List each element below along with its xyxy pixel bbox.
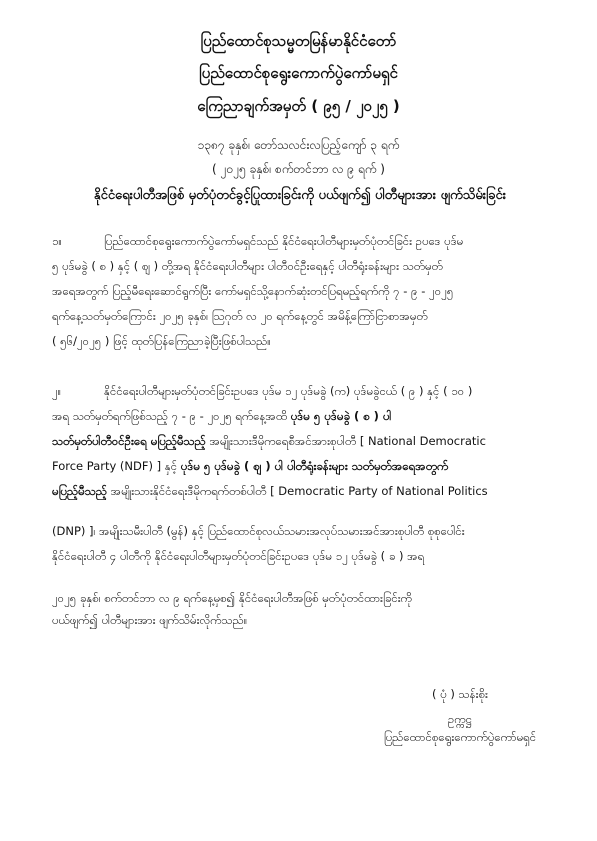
text-bold: ပုဒ်မ ၅ ပုဒ်မခွဲ ( စ ) ပါ [291, 409, 392, 423]
paragraph-line: (DNP) ]၊ အမျိုးသမီးပါတီ (မွန်) နှင့် ပြည… [52, 522, 562, 540]
paragraph-line: ပြည်ထောင်စုရွေးကောက်ပွဲကော်မရှင်သည် နိုင… [104, 232, 564, 250]
signer-organization: ပြည်ထောင်စုရွေးကောက်ပွဲကော်မရှင် [340, 728, 580, 746]
paragraph-line: Force Party (NDF) ] နှင့် ပုဒ်မ ၅ ပုဒ်မခ… [52, 457, 562, 475]
paragraph-line: ၂၀၂၅ ခုနှစ်၊ စက်တင်ဘာ လ ၉ ရက်နေ့မှစ၍ နို… [52, 589, 562, 607]
header-commission-name: ပြည်ထောင်စုရွေးကောက်ပွဲကော်မရှင် [0, 62, 597, 84]
paragraph-line: ပယ်ဖျက်၍ ပါတီများအား ဖျက်သိမ်းလိုက်သည်။ [52, 611, 562, 629]
paragraph-line: ( ၅၆/၂၀၂၅ ) ဖြင့် ထုတ်ပြန်ကြေညာခဲ့ပြီးဖြ… [52, 332, 562, 350]
announcement-subject: နိုင်ငံရေးပါတီအဖြစ် မှတ်ပုံတင်ခွင့်ပြုထာ… [40, 186, 560, 206]
paragraph-line: မပြည့်မီသည့် အမျိုးသားနိုင်ငံရေးဒီမိုကရက… [52, 482, 562, 500]
paragraph-line: ရက်နေ့သတ်မှတ်ကြောင်း ၂၀၂၅ ခုနှစ်၊ ဩဂုတ် … [52, 307, 562, 325]
signer-title: ဥက္ကဋ္ဌ [340, 710, 580, 728]
myanmar-date: ၁၃၈၇ ခုနှစ်၊ တော်သလင်းလပြည့်ကျော် ၃ ရက် [0, 136, 597, 154]
gregorian-date: ( ၂၀၂၅ ခုနှစ်၊ စက်တင်ဘာ လ ၉ ရက် ) [0, 160, 597, 178]
paragraph-line: ၅ ပုဒ်မခွဲ ( စ ) နှင့် ( ဈ ) တို့အရ နိုင… [52, 257, 562, 275]
text-bold: မပြည့်မီသည့် [52, 484, 107, 498]
paragraph-line: နိုင်ငံရေးပါတီ ၄ ပါတီကို နိုင်ငံရေးပါတီမ… [52, 547, 562, 565]
paragraph-number: ၁။ [52, 232, 62, 250]
paragraph-line: အရေအတွက် ပြည့်မီရေးဆောင်ရွက်ပြီး ကော်မရှ… [52, 282, 562, 300]
announcement-document: ပြည်ထောင်စုသမ္မတမြန်မာနိုင်ငံတော် ပြည်ထေ… [0, 0, 597, 841]
text-bold: ပုဒ်မ ၅ ပုဒ်မခွဲ ( ဈ ) ပါ ပါတီရုံးခန်းမျ… [181, 459, 449, 473]
header-state-name: ပြည်ထောင်စုသမ္မတမြန်မာနိုင်ငံတော် [0, 30, 597, 52]
text-normal: အမျိုးသားနိုင်ငံရေးဒီမိုကရက်တစ်ပါတီ [ De… [107, 484, 488, 498]
text-normal: အရ သတ်မှတ်ရက်ဖြစ်သည့် ၇ - ၉ - ၂၀၂၅ ရက်နေ… [52, 409, 291, 423]
announcement-number: ကြေညာချက်အမှတ် ( ၉၅ / ၂၀၂၅ ) [0, 95, 597, 117]
paragraph-line: နိုင်ငံရေးပါတီများမှတ်ပုံတင်ခြင်းဥပဒေ ပု… [104, 382, 564, 400]
paragraph-number: ၂။ [52, 382, 61, 400]
signed-name: ( ပုံ ) သန်းစိုး [340, 685, 580, 703]
text-normal: Force Party (NDF) ] နှင့် [52, 459, 181, 473]
paragraph-line: အရ သတ်မှတ်ရက်ဖြစ်သည့် ၇ - ၉ - ၂၀၂၅ ရက်နေ… [52, 407, 562, 425]
paragraph-line: သတ်မှတ်ပါတီဝင်ဦးရေ မပြည့်မီသည့် အမျိုးသာ… [52, 432, 562, 450]
text-normal: အမျိုးသားဒီမိုကရေစီအင်အားစုပါတီ [ Nation… [206, 434, 486, 448]
text-bold: သတ်မှတ်ပါတီဝင်ဦးရေ မပြည့်မီသည့် [52, 434, 206, 448]
